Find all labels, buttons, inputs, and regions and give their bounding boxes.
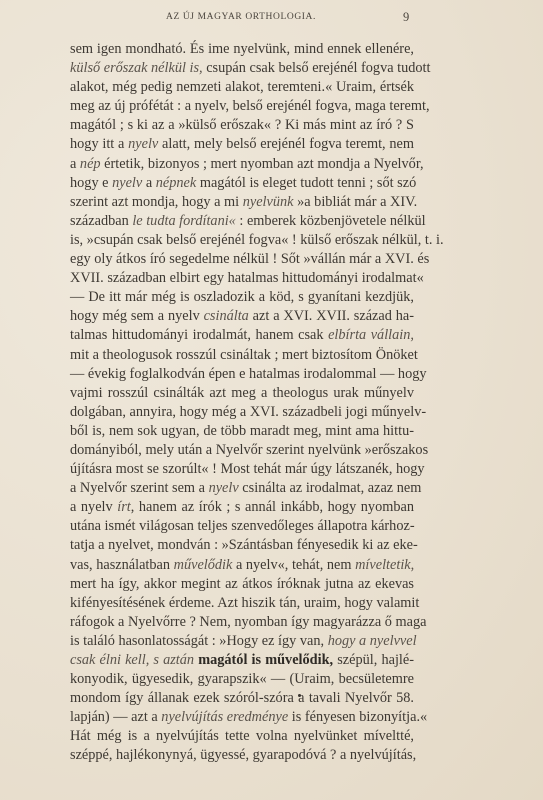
italic-text: nép	[80, 156, 101, 172]
text-segment: értetik, bizonyos ; mert nyomban azt mon…	[101, 156, 424, 172]
text-segment: magától is eleget tudott tenni ; sőt szó	[196, 175, 416, 191]
text-line: — évekig foglalkodván épen e hatalmas ir…	[70, 365, 414, 384]
text-segment: talmas hittudományi irodalmát, hanem csa…	[70, 327, 328, 343]
text-segment: magától ; s ki az a »külső erőszak« ? Ki…	[70, 117, 414, 133]
italic-text: míveltetik,	[355, 557, 414, 573]
text-line: században le tudta fordítani« : emberek …	[70, 212, 414, 231]
text-line: utána ismét világosan teljes szenvedőleg…	[70, 517, 414, 536]
text-line: alakot, még pedig nemzeti alakot, teremt…	[70, 78, 414, 97]
text-line: talmas hittudományi irodalmát, hanem csa…	[70, 326, 414, 345]
text-segment: XVII. században elbirt egy hatalmas hitt…	[70, 270, 424, 286]
text-segment: dományiból, mely után a Nyelvőr szerint …	[70, 442, 428, 458]
text-segment: a	[142, 175, 156, 191]
italic-text: nyelv	[112, 175, 142, 191]
italic-text: elbírta vállain,	[328, 327, 414, 343]
text-segment: »a bibliát már a XIV.	[294, 194, 418, 210]
text-line: magától ; s ki az a »külső erőszak« ? Ki…	[70, 116, 414, 135]
text-segment: — De itt már még is oszladozik a köd, s …	[70, 289, 414, 305]
text-segment: lapján) — azt a	[70, 709, 161, 725]
text-segment: tatja a nyelvet, mondván : »Szántásban f…	[70, 537, 418, 553]
text-segment: hogy e	[70, 175, 112, 191]
text-segment: utána ismét világosan teljes szenvedőleg…	[70, 518, 415, 534]
text-line: konyodik, ügyesedik, gyarapszik« — (Urai…	[70, 670, 414, 689]
text-line: is találó hasonlatosságát : »Hogy ez így…	[70, 632, 414, 651]
text-segment: szerint azt mondja, hogy a mi	[70, 194, 243, 210]
text-line: mert ha így, akkor megint az átkos írókn…	[70, 575, 414, 594]
text-line: csak élni kell, s aztán magától is művel…	[70, 651, 414, 670]
text-segment: a nyelv	[70, 499, 117, 515]
bold-text: magától is művelődik,	[198, 652, 333, 668]
text-segment: alatt, mely belső erejénél fogva teremt,…	[158, 136, 414, 152]
text-segment: Hát még is a nyelvújítás tette volna nye…	[70, 728, 414, 744]
text-line: dolgában, annyira, hogy még a XVI. száza…	[70, 403, 414, 422]
italic-text: művelődik	[174, 557, 233, 573]
page-header: AZ ÚJ MAGYAR ORTHOLOGIA. 9	[0, 12, 543, 28]
text-segment: kifényesítésének érdeme. Azt hiszik tán,…	[70, 595, 419, 611]
text-segment: dolgában, annyira, hogy még a XVI. száza…	[70, 404, 426, 420]
text-segment: ből is, nem sok ugyan, de több maradt me…	[70, 423, 414, 439]
text-line: ből is, nem sok ugyan, de több maradt me…	[70, 422, 414, 441]
text-segment: is, »csupán csak belső erejénél fogva« !…	[70, 232, 444, 248]
text-segment: hogy még sem a nyelv	[70, 308, 204, 324]
text-segment: mondom így állanak ezek szóról-szóra a t…	[70, 690, 414, 706]
text-segment: vajmi rosszúl csinálták azt meg a theolo…	[70, 385, 414, 401]
text-segment: csupán csak belső erejénél fogva tudott	[203, 60, 431, 76]
book-page: AZ ÚJ MAGYAR ORTHOLOGIA. 9 sem igen mond…	[0, 0, 543, 800]
text-line: a nyelv írt, hanem az írók ; s annál ink…	[70, 498, 414, 517]
ink-speck	[298, 694, 301, 697]
text-line: dományiból, mely után a Nyelvőr szerint …	[70, 441, 414, 460]
text-line: XVII. században elbirt egy hatalmas hitt…	[70, 269, 414, 288]
italic-text: népnek	[156, 175, 196, 191]
italic-text: csak élni kell, s aztán	[70, 652, 194, 668]
text-segment: a Nyelvőr szerint sem a	[70, 480, 209, 496]
text-segment: ráfogok a Nyelvőrre ? Nem, nyomban így m…	[70, 614, 426, 630]
text-segment: meg az új prófétát : a nyelv, belső erej…	[70, 98, 430, 114]
text-line: kifényesítésének érdeme. Azt hiszik tán,…	[70, 594, 414, 613]
text-line: hogy itt a nyelv alatt, mely belső erejé…	[70, 135, 414, 154]
running-title: AZ ÚJ MAGYAR ORTHOLOGIA.	[166, 12, 316, 22]
text-segment: azt a XVI. XVII. század ha-	[249, 308, 414, 324]
italic-text: nyelvünk	[243, 194, 294, 210]
text-segment: — évekig foglalkodván épen e hatalmas ir…	[70, 366, 427, 382]
text-line: újításra most se szorúlt« ! Most tehát m…	[70, 460, 414, 479]
text-line: — De itt már még is oszladozik a köd, s …	[70, 288, 414, 307]
text-line: vajmi rosszúl csinálták azt meg a theolo…	[70, 384, 414, 403]
text-line: a Nyelvőr szerint sem a nyelv csinálta a…	[70, 479, 414, 498]
text-line: a nép értetik, bizonyos ; mert nyomban a…	[70, 155, 414, 174]
text-line: ráfogok a Nyelvőrre ? Nem, nyomban így m…	[70, 613, 414, 632]
text-segment: a	[70, 156, 80, 172]
italic-text: külső erőszak nélkül is,	[70, 60, 203, 76]
text-segment: században	[70, 213, 132, 229]
italic-text: nyelvújítás eredménye	[161, 709, 288, 725]
text-line: széppé, hajlékonynyá, ügyessé, gyarapodó…	[70, 746, 414, 765]
text-segment: alakot, még pedig nemzeti alakot, teremt…	[70, 79, 414, 95]
italic-text: hogy a nyelvvel	[328, 633, 417, 649]
text-segment: mit a theologusok rosszúl csináltak ; me…	[70, 347, 418, 363]
text-line: tatja a nyelvet, mondván : »Szántásban f…	[70, 536, 414, 555]
text-line: is, »csupán csak belső erejénél fogva« !…	[70, 231, 414, 250]
text-line: mondom így állanak ezek szóról-szóra a t…	[70, 689, 414, 708]
text-segment: is fényesen bizonyítja.«	[288, 709, 427, 725]
italic-text: nyelv	[209, 480, 239, 496]
text-line: hogy még sem a nyelv csinálta azt a XVI.…	[70, 307, 414, 326]
text-line: vas, használatban művelődik a nyelv«, te…	[70, 556, 414, 575]
italic-text: írt	[117, 499, 131, 515]
italic-text: le tudta fordítani«	[132, 213, 236, 229]
text-line: mit a theologusok rosszúl csináltak ; me…	[70, 346, 414, 365]
text-segment: csinálta az irodalmat, azaz nem	[239, 480, 422, 496]
text-segment: is találó hasonlatosságát : »Hogy ez így…	[70, 633, 328, 649]
text-line: külső erőszak nélkül is, csupán csak bel…	[70, 59, 414, 78]
text-segment: mert ha így, akkor megint az átkos írókn…	[70, 576, 414, 592]
text-segment: széppé, hajlékonynyá, ügyessé, gyarapodó…	[70, 747, 416, 763]
text-segment: : emberek közbenjövetele nélkül	[236, 213, 426, 229]
text-line: lapján) — azt a nyelvújítás eredménye is…	[70, 708, 414, 727]
text-segment: a nyelv«, tehát, nem	[232, 557, 355, 573]
text-segment: hogy itt a	[70, 136, 128, 152]
text-segment: , hanem az írók ; s annál inkább, hogy n…	[131, 499, 414, 515]
text-line: hogy e nyelv a népnek magától is eleget …	[70, 174, 414, 193]
text-line: egy oly átkos író segedelme nélkül ! Sőt…	[70, 250, 414, 269]
text-line: sem igen mondható. És ime nyelvünk, mind…	[70, 40, 414, 59]
italic-text: nyelv	[128, 136, 158, 152]
text-line: szerint azt mondja, hogy a mi nyelvünk »…	[70, 193, 414, 212]
text-segment: szépül, hajlé-	[333, 652, 414, 668]
text-segment: újításra most se szorúlt« ! Most tehát m…	[70, 461, 425, 477]
text-segment: sem igen mondható. És ime nyelvünk, mind…	[70, 41, 414, 57]
text-segment: konyodik, ügyesedik, gyarapszik« — (Urai…	[70, 671, 414, 687]
body-text: sem igen mondható. És ime nyelvünk, mind…	[70, 40, 414, 766]
page-number: 9	[403, 10, 409, 25]
text-segment: vas, használatban	[70, 557, 174, 573]
text-segment: egy oly átkos író segedelme nélkül ! Sőt…	[70, 251, 429, 267]
italic-text: csinálta	[204, 308, 249, 324]
text-line: meg az új prófétát : a nyelv, belső erej…	[70, 97, 414, 116]
text-line: Hát még is a nyelvújítás tette volna nye…	[70, 727, 414, 746]
